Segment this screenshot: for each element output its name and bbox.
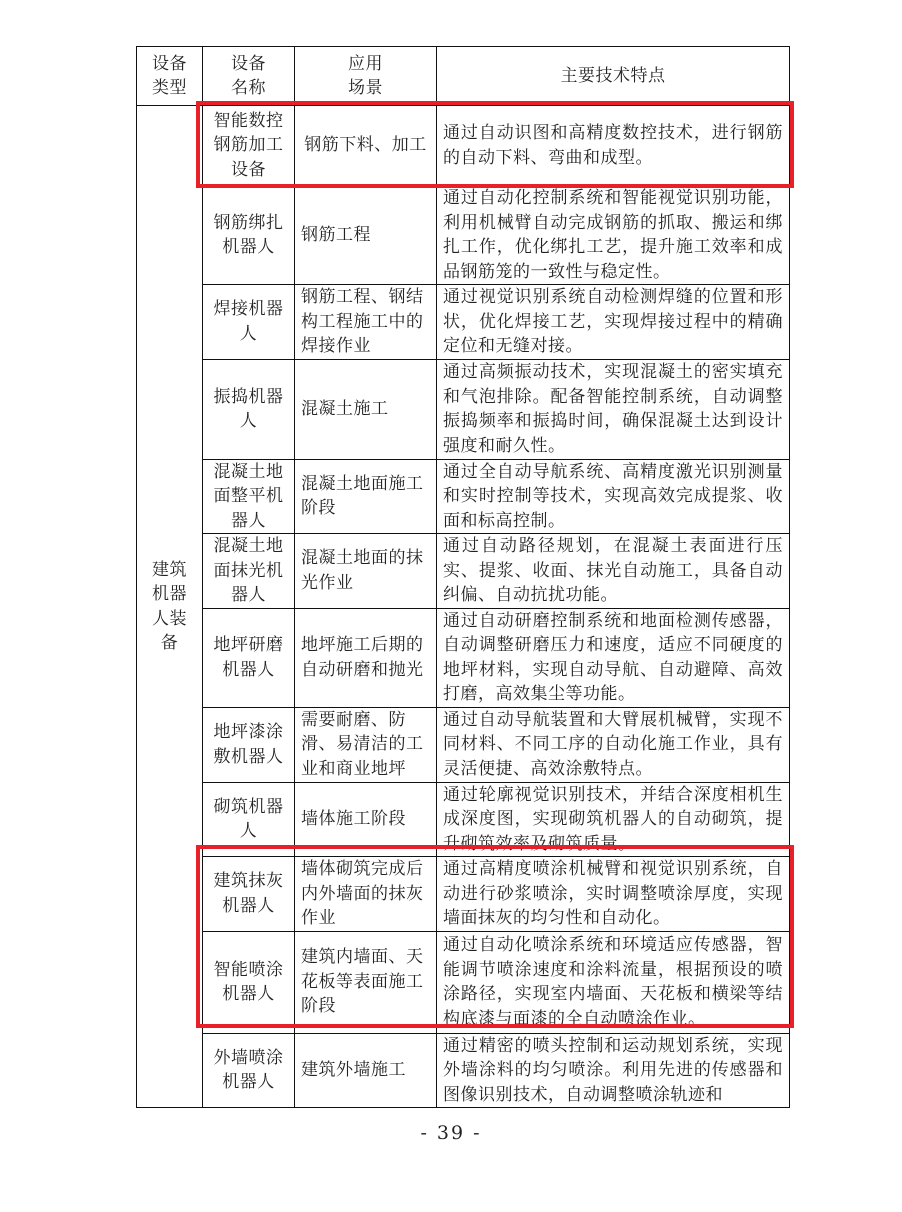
- table-row: 智能喷涂机器人建筑内墙面、天花板等表面施工阶段通过自动化喷涂系统和环境适应传感器…: [137, 931, 790, 1033]
- equipment-name-cell: 智能喷涂机器人: [203, 931, 295, 1033]
- equipment-name: 钢筋绑扎机器人: [214, 213, 284, 258]
- application-scene: 混凝土地面的抹光作业: [301, 548, 424, 593]
- table-row: 地坪研磨机器人地坪施工后期的自动研磨和抛光通过自动研磨控制系统和地面检测传感器，…: [137, 608, 790, 707]
- equipment-name: 建筑抹灰机器人: [214, 871, 284, 916]
- application-scene-cell: 建筑内墙面、天花板等表面施工阶段: [295, 931, 437, 1033]
- application-scene: 混凝土施工: [301, 399, 389, 419]
- table-header-row: 设备类型 设备名称 应用场景 主要技术特点: [137, 47, 790, 106]
- equipment-name-cell: 地坪漆涂敷机器人: [203, 707, 295, 782]
- equipment-name-cell: 建筑抹灰机器人: [203, 857, 295, 932]
- equipment-name: 混凝土地面整平机器人: [214, 462, 284, 531]
- application-scene-cell: 地坪施工后期的自动研磨和抛光: [295, 608, 437, 707]
- features-cell: 通过轮廓视觉识别技术，并结合深度相机生成深度图，实现砌筑机器人的自动砌筑，提升砌…: [437, 782, 790, 857]
- equipment-name-cell: 钢筋绑扎机器人: [203, 186, 295, 285]
- main-features: 通过高精度喷涂机械臂和视觉识别系统，自动进行砂浆喷涂，实时调整喷涂厚度，实现墙面…: [443, 859, 783, 928]
- application-scene-cell: 混凝土地面施工阶段: [295, 459, 437, 534]
- table-row: 混凝土地面整平机器人混凝土地面施工阶段通过全自动导航系统、高精度激光识别测量和实…: [137, 459, 790, 534]
- main-features: 通过视觉识别系统自动检测焊缝的位置和形状，优化焊接工艺，实现焊接过程中的精确定位…: [443, 287, 783, 356]
- equipment-category: 建筑机器人装备: [152, 560, 187, 654]
- equipment-name-cell: 振捣机器人: [203, 359, 295, 459]
- features-cell: 通过自动化喷涂系统和环境适应传感器，智能调节喷涂速度和涂料流量，根据预设的喷涂路…: [437, 931, 790, 1033]
- equipment-name: 智能喷涂机器人: [214, 960, 284, 1005]
- features-cell: 通过高频振动技术，实现混凝土的密实填充和气泡排除。配备智能控制系统，自动调整振捣…: [437, 359, 790, 459]
- equipment-name-cell: 砌筑机器人: [203, 782, 295, 857]
- application-scene-cell: 钢筋下料、加工: [295, 106, 437, 186]
- document-page: 设备类型 设备名称 应用场景 主要技术特点 建筑机器人装备智能数控钢筋加工设备钢…: [0, 0, 902, 1212]
- application-scene-cell: 混凝土地面的抹光作业: [295, 534, 437, 609]
- main-features: 通过自动化喷涂系统和环境适应传感器，智能调节喷涂速度和涂料流量，根据预设的喷涂路…: [443, 935, 783, 1029]
- main-features: 通过自动识图和高精度数控技术，进行钢筋的自动下料、弯曲和成型。: [443, 123, 783, 168]
- main-features: 通过轮廓视觉识别技术，并结合深度相机生成深度图，实现砌筑机器人的自动砌筑，提升砌…: [443, 785, 783, 854]
- header-application-scene: 应用场景: [295, 47, 437, 106]
- equipment-name-cell: 外墙喷涂机器人: [203, 1033, 295, 1108]
- application-scene: 钢筋工程、钢结构工程施工中的焊接作业: [301, 287, 424, 356]
- application-scene: 墙体施工阶段: [301, 809, 406, 829]
- equipment-name: 外墙喷涂机器人: [214, 1048, 284, 1093]
- features-cell: 通过全自动导航系统、高精度激光识别测量和实时控制等技术，实现高效完成提浆、收面和…: [437, 459, 790, 534]
- table-row: 焊接机器人钢筋工程、钢结构工程施工中的焊接作业通过视觉识别系统自动检测焊缝的位置…: [137, 285, 790, 360]
- equipment-name: 地坪研磨机器人: [214, 635, 284, 680]
- features-cell: 通过自动识图和高精度数控技术，进行钢筋的自动下料、弯曲和成型。: [437, 106, 790, 186]
- equipment-name-cell: 智能数控钢筋加工设备: [203, 106, 295, 186]
- main-features: 通过高频振动技术，实现混凝土的密实填充和气泡排除。配备智能控制系统，自动调整振捣…: [443, 362, 783, 456]
- equipment-name: 焊接机器人: [214, 299, 284, 344]
- table-row: 振捣机器人混凝土施工通过高频振动技术，实现混凝土的密实填充和气泡排除。配备智能控…: [137, 359, 790, 459]
- equipment-name-cell: 混凝土地面整平机器人: [203, 459, 295, 534]
- features-cell: 通过自动路径规划，在混凝土表面进行压实、提浆、收面、抹光自动施工，具备自动纠偏、…: [437, 534, 790, 609]
- equipment-name: 振捣机器人: [214, 387, 284, 432]
- features-cell: 通过视觉识别系统自动检测焊缝的位置和形状，优化焊接工艺，实现焊接过程中的精确定位…: [437, 285, 790, 360]
- application-scene-cell: 钢筋工程、钢结构工程施工中的焊接作业: [295, 285, 437, 360]
- header-main-features: 主要技术特点: [437, 47, 790, 106]
- table-row: 砌筑机器人墙体施工阶段通过轮廓视觉识别技术，并结合深度相机生成深度图，实现砌筑机…: [137, 782, 790, 857]
- application-scene-cell: 混凝土施工: [295, 359, 437, 459]
- equipment-name-cell: 地坪研磨机器人: [203, 608, 295, 707]
- equipment-name-cell: 混凝土地面抹光机器人: [203, 534, 295, 609]
- application-scene: 墙体砌筑完成后内外墙面的抹灰作业: [301, 859, 424, 928]
- application-scene-cell: 墙体砌筑完成后内外墙面的抹灰作业: [295, 857, 437, 932]
- application-scene: 钢筋工程: [301, 225, 371, 245]
- application-scene-cell: 建筑外墙施工: [295, 1033, 437, 1108]
- main-features: 通过自动化控制系统和智能视觉识别功能，利用机械臂自动完成钢筋的抓取、搬运和绑扎工…: [443, 188, 783, 282]
- features-cell: 通过自动研磨控制系统和地面检测传感器，自动调整研磨压力和速度，适应不同硬度的地坪…: [437, 608, 790, 707]
- table-row: 建筑抹灰机器人墙体砌筑完成后内外墙面的抹灰作业通过高精度喷涂机械臂和视觉识别系统…: [137, 857, 790, 932]
- table-row: 建筑机器人装备智能数控钢筋加工设备钢筋下料、加工通过自动识图和高精度数控技术，进…: [137, 106, 790, 186]
- features-cell: 通过自动导航装置和大臂展机械臂，实现不同材料、不同工序的自动化施工作业，具有灵活…: [437, 707, 790, 782]
- features-cell: 通过精密的喷头控制和运动规划系统，实现外墙涂料的均匀喷涂。利用先进的传感器和图像…: [437, 1033, 790, 1108]
- features-cell: 通过自动化控制系统和智能视觉识别功能，利用机械臂自动完成钢筋的抓取、搬运和绑扎工…: [437, 186, 790, 285]
- equipment-name-cell: 焊接机器人: [203, 285, 295, 360]
- equipment-name: 混凝土地面抹光机器人: [214, 536, 284, 605]
- application-scene-cell: 墙体施工阶段: [295, 782, 437, 857]
- equipment-name: 砌筑机器人: [214, 797, 284, 842]
- application-scene-cell: 需要耐磨、防滑、易清洁的工业和商业地坪: [295, 707, 437, 782]
- application-scene: 混凝土地面施工阶段: [301, 474, 424, 519]
- application-scene-cell: 钢筋工程: [295, 186, 437, 285]
- main-features: 通过全自动导航系统、高精度激光识别测量和实时控制等技术，实现高效完成提浆、收面和…: [443, 462, 783, 531]
- application-scene: 建筑外墙施工: [301, 1060, 406, 1080]
- header-equipment-type: 设备类型: [137, 47, 203, 106]
- application-scene: 建筑内墙面、天花板等表面施工阶段: [301, 947, 424, 1016]
- equipment-table: 设备类型 设备名称 应用场景 主要技术特点 建筑机器人装备智能数控钢筋加工设备钢…: [136, 46, 790, 1108]
- main-features: 通过精密的喷头控制和运动规划系统，实现外墙涂料的均匀喷涂。利用先进的传感器和图像…: [443, 1036, 783, 1105]
- table-row: 混凝土地面抹光机器人混凝土地面的抹光作业通过自动路径规划，在混凝土表面进行压实、…: [137, 534, 790, 609]
- main-features: 通过自动导航装置和大臂展机械臂，实现不同材料、不同工序的自动化施工作业，具有灵活…: [443, 710, 783, 779]
- application-scene: 需要耐磨、防滑、易清洁的工业和商业地坪: [301, 710, 424, 779]
- table-row: 地坪漆涂敷机器人需要耐磨、防滑、易清洁的工业和商业地坪通过自动导航装置和大臂展机…: [137, 707, 790, 782]
- main-features: 通过自动路径规划，在混凝土表面进行压实、提浆、收面、抹光自动施工，具备自动纠偏、…: [443, 536, 783, 605]
- page-number: - 39 -: [0, 1122, 902, 1144]
- header-equipment-name: 设备名称: [203, 47, 295, 106]
- equipment-name: 地坪漆涂敷机器人: [214, 722, 284, 767]
- table-row: 外墙喷涂机器人建筑外墙施工通过精密的喷头控制和运动规划系统，实现外墙涂料的均匀喷…: [137, 1033, 790, 1108]
- equipment-category-cell: 建筑机器人装备: [137, 106, 203, 1108]
- main-features: 通过自动研磨控制系统和地面检测传感器，自动调整研磨压力和速度，适应不同硬度的地坪…: [443, 611, 783, 705]
- application-scene: 地坪施工后期的自动研磨和抛光: [301, 635, 424, 680]
- table-row: 钢筋绑扎机器人钢筋工程通过自动化控制系统和智能视觉识别功能，利用机械臂自动完成钢…: [137, 186, 790, 285]
- application-scene: 钢筋下料、加工: [304, 135, 427, 155]
- equipment-name: 智能数控钢筋加工设备: [214, 111, 284, 180]
- features-cell: 通过高精度喷涂机械臂和视觉识别系统，自动进行砂浆喷涂，实时调整喷涂厚度，实现墙面…: [437, 857, 790, 932]
